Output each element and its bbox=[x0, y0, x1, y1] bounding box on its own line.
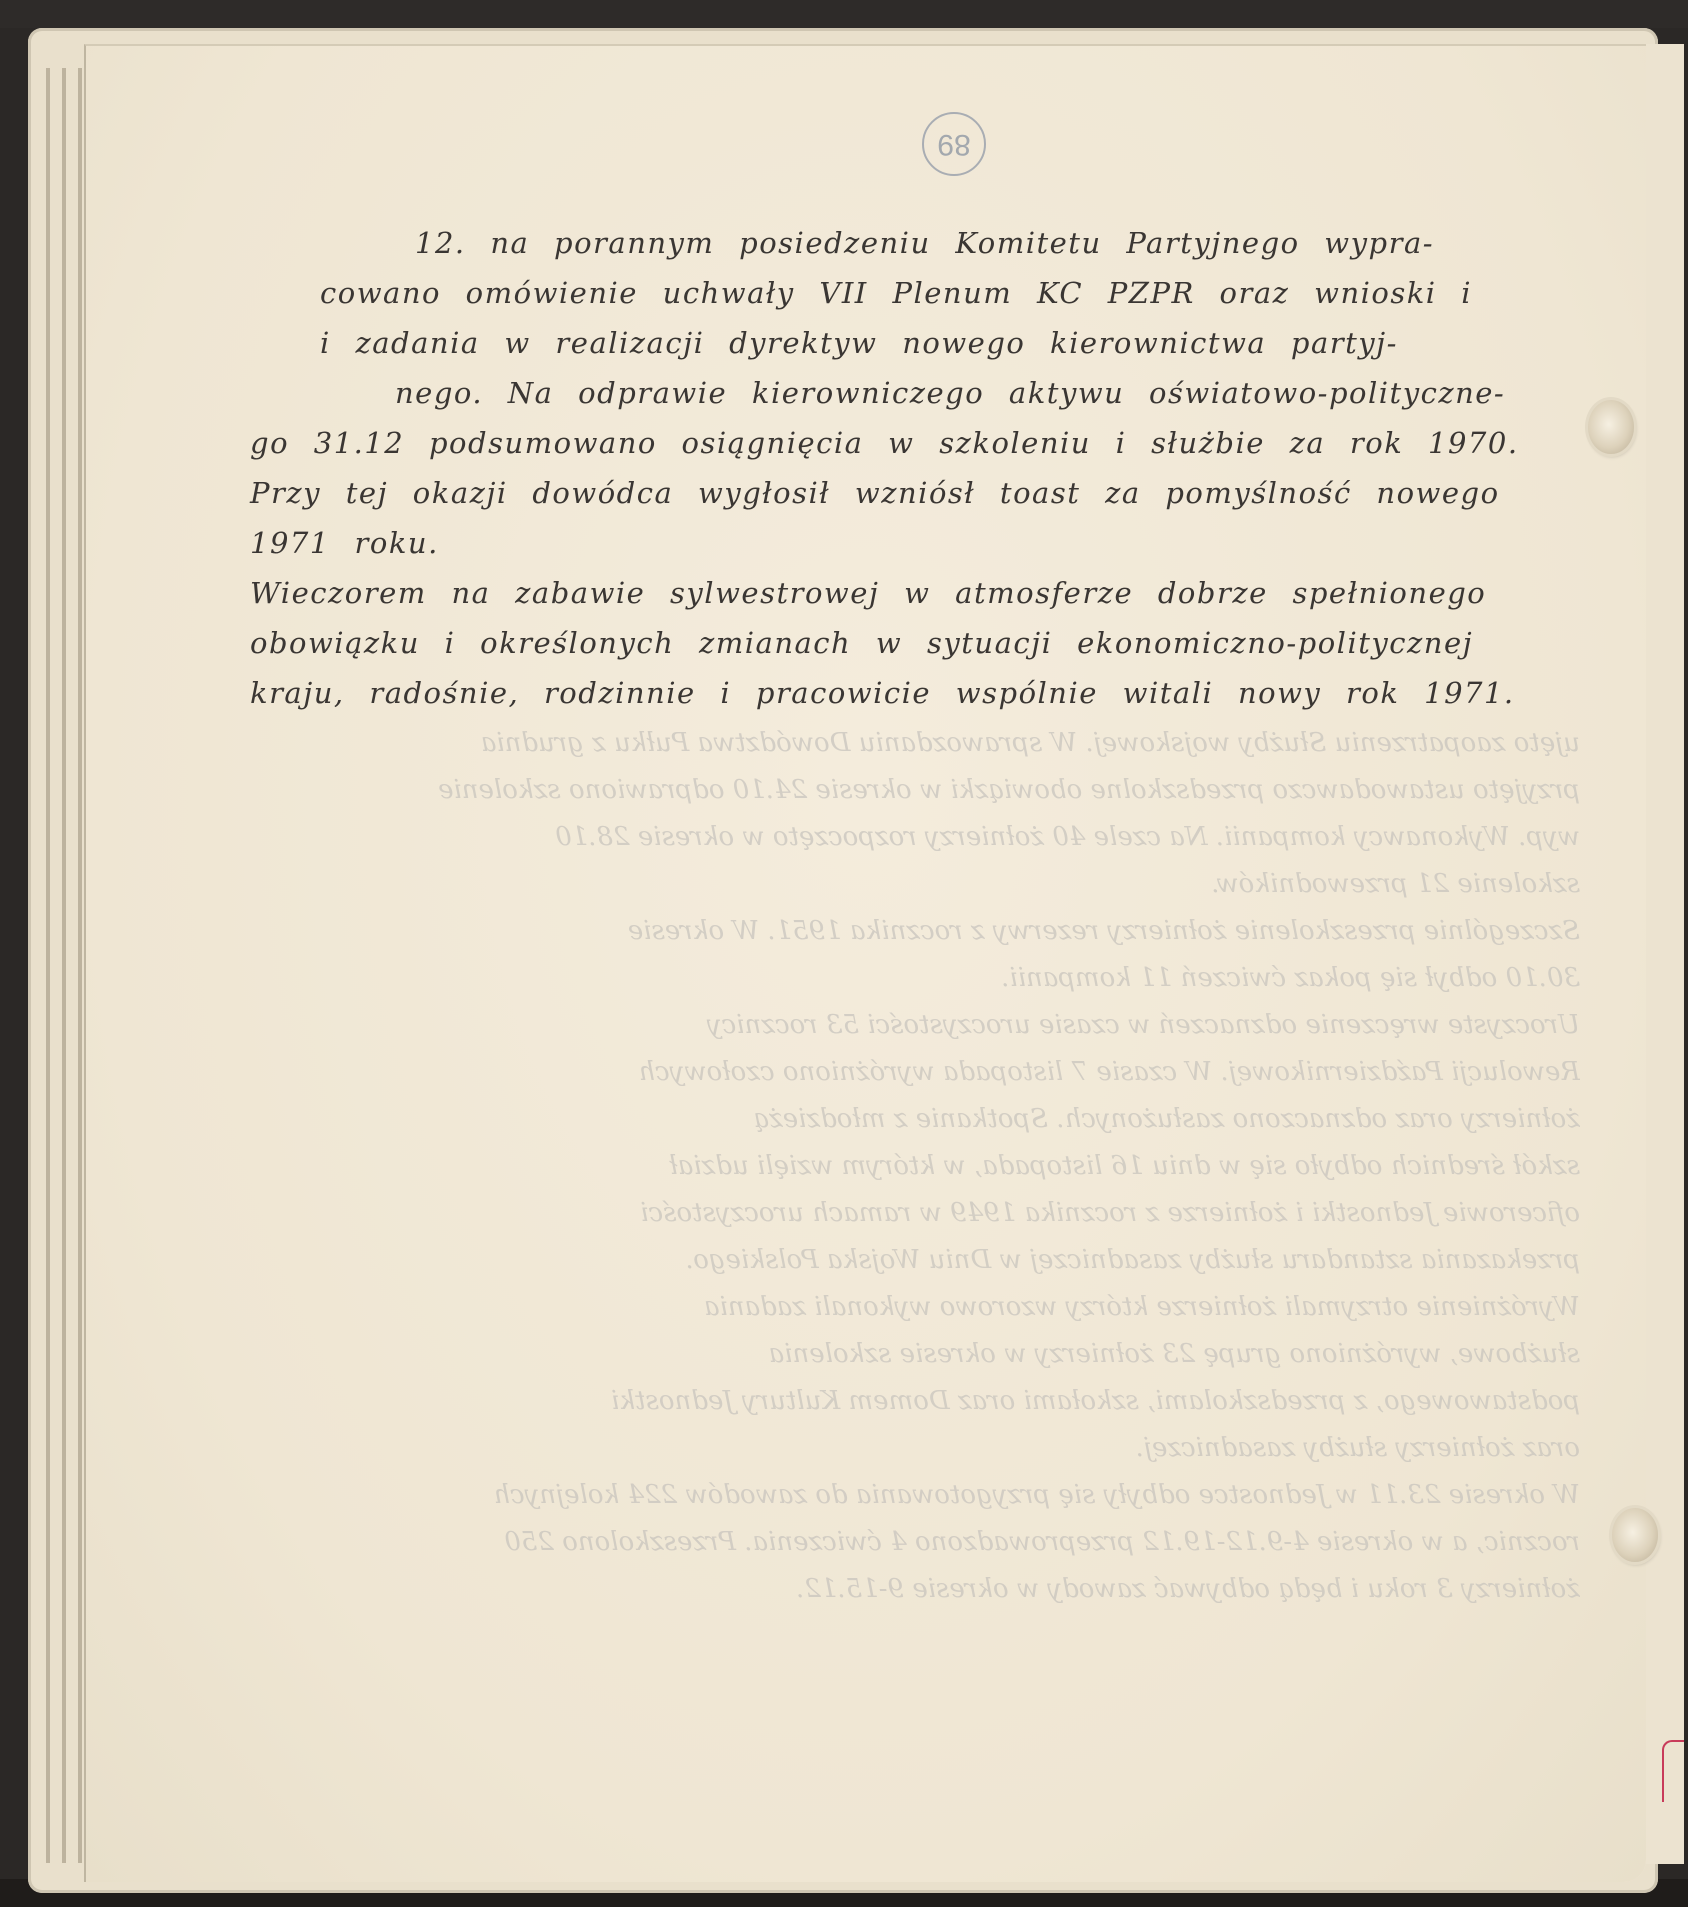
bleed-through-text: ujęto zaopatrzeniu Służby wojskowej. W s… bbox=[250, 720, 1580, 1613]
bleed-line: przyjęto ustawodawczo przedszkolne obowi… bbox=[250, 767, 1580, 814]
page-edge-line bbox=[46, 68, 50, 1863]
handwritten-line: 1971 roku. bbox=[250, 518, 1570, 568]
handwritten-line: nego. Na odprawie kierowniczego aktywu o… bbox=[250, 368, 1570, 418]
bleed-line: podstawowego, z przedszkolami, szkołami … bbox=[250, 1378, 1580, 1425]
bleed-line: Wyróżnienie otrzymali żołnierze którzy w… bbox=[250, 1284, 1580, 1331]
bleed-line: Rewolucji Październikowej. W czasie 7 li… bbox=[250, 1049, 1580, 1096]
bleed-line: rocznic, a w okresie 4-9.12-19.12 przepr… bbox=[250, 1519, 1580, 1566]
bleed-line: oraz żołnierzy służby zasadniczej. bbox=[250, 1425, 1580, 1472]
bleed-line: żołnierzy oraz odznaczono zasłużonych. S… bbox=[250, 1096, 1580, 1143]
handwritten-line: 12. na porannym posiedzeniu Komitetu Par… bbox=[250, 218, 1570, 268]
red-pen-mark bbox=[1662, 1740, 1684, 1802]
binding-ring-hole bbox=[1588, 400, 1634, 454]
bleed-line: 30.10 odbył się pokaz ćwiczeń 11 kompani… bbox=[250, 955, 1580, 1002]
bleed-line: szkolenie 21 przewodników. bbox=[250, 861, 1580, 908]
bleed-line: przekazania sztandaru służby zasadniczej… bbox=[250, 1237, 1580, 1284]
binding-ring-hole bbox=[1612, 1508, 1658, 1562]
handwritten-line: i zadania w realizacji dyrektyw nowego k… bbox=[250, 318, 1570, 368]
bleed-line: szkół średnich odbyło się w dniu 16 list… bbox=[250, 1143, 1580, 1190]
page-edge-line bbox=[78, 68, 82, 1863]
bleed-line: W okresie 23.11 w Jednostce odbyły się p… bbox=[250, 1472, 1580, 1519]
handwritten-line: cowano omówienie uchwały VII Plenum KC P… bbox=[250, 268, 1570, 318]
handwritten-line: go 31.12 podsumowano osiągnięcia w szkol… bbox=[250, 418, 1570, 468]
bleed-line: wyp. Wykonawcy kompanii. Na czele 40 żoł… bbox=[250, 814, 1580, 861]
handwritten-line: Wieczorem na zabawie sylwestrowej w atmo… bbox=[250, 568, 1570, 618]
page-edge-line bbox=[62, 68, 66, 1863]
bleed-line: służbowe, wyróżniono grupę 23 żołnierzy … bbox=[250, 1331, 1580, 1378]
bleed-line: Uroczyste wręczenie odznaczeń w czasie u… bbox=[250, 1002, 1580, 1049]
scanner-background-top bbox=[0, 0, 1688, 28]
bleed-line: ujęto zaopatrzeniu Służby wojskowej. W s… bbox=[250, 720, 1580, 767]
handwritten-entry: 12. na porannym posiedzeniu Komitetu Par… bbox=[250, 218, 1570, 718]
handwritten-line: kraju, radośnie, rodzinnie i pracowicie … bbox=[250, 668, 1570, 718]
bleed-line: Szczególnie przeszkolenie żołnierzy reze… bbox=[250, 908, 1580, 955]
bleed-line: żołnierzy 3 roku i będą odbywać zawody w… bbox=[250, 1566, 1580, 1613]
folio-number-stamp: 89 bbox=[922, 112, 986, 176]
handwritten-line: Przy tej okazji dowódca wygłosił wzniósł… bbox=[250, 468, 1570, 518]
binding-gutter bbox=[1640, 44, 1684, 1864]
bleed-line: oficerowie Jednostki i żołnierze z roczn… bbox=[250, 1190, 1580, 1237]
handwritten-line: obowiązku i określonych zmianach w sytua… bbox=[250, 618, 1570, 668]
